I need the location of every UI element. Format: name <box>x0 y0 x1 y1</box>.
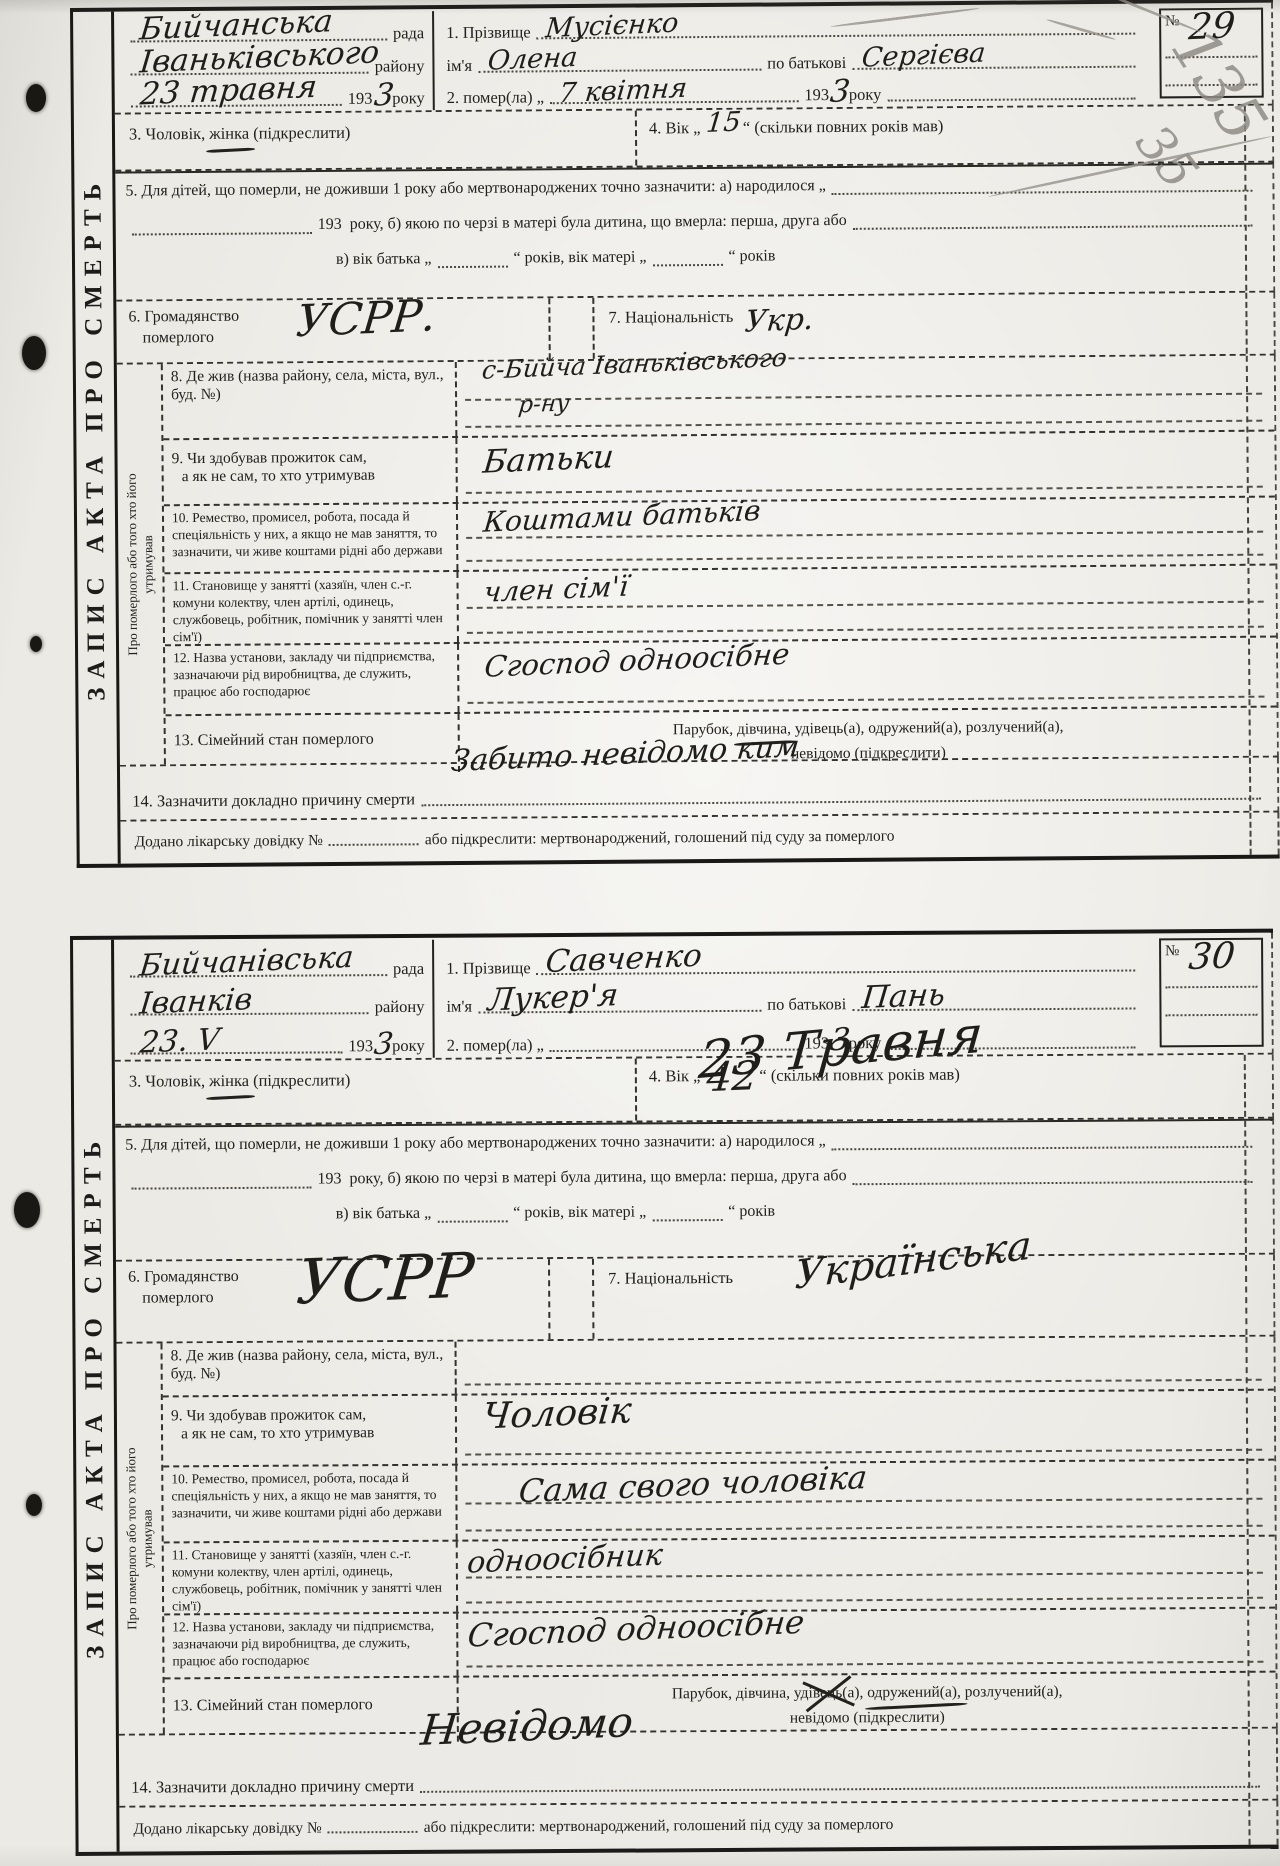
sex-label-post: (підкреслити) <box>253 123 350 145</box>
surname-handwriting: Савченко <box>545 943 704 977</box>
side-rotated-label: Про померлого або того хто йогоутримував <box>123 1348 157 1728</box>
footer-pre: Додано лікарську довідку № <box>134 832 322 851</box>
children-clause-row: 5. Для дітей, що померли, не доживши 1 р… <box>115 163 1275 302</box>
rayon-label: району <box>375 997 425 1019</box>
dotline <box>328 1829 418 1833</box>
dashline <box>465 393 1262 401</box>
marital-opt-unknown: невідомо (підкреслити) <box>790 1708 945 1726</box>
surname-line: Мусієнко <box>537 32 1136 40</box>
sex-label-pre: 3. Чоловік, <box>129 1071 205 1092</box>
residence-label: 8. Де жив (назва району, села, міста, ву… <box>163 362 458 438</box>
given-name-handwriting: Олена <box>486 46 578 74</box>
citizenship-nationality-row: 6. Громадянствопомерлого УСРР 7. Націона… <box>116 1255 1275 1344</box>
death-date-line: 23 Травня <box>550 1048 798 1053</box>
footer-pre: Додано лікарську довідку № <box>133 1819 321 1838</box>
rayon-label: району <box>375 56 425 78</box>
children-clause-c-post: “ років <box>728 1200 775 1226</box>
dotline <box>437 1219 507 1222</box>
citizenship-handwriting: УСРР. <box>295 296 438 342</box>
occupation-value: Коштами батьків <box>458 497 1275 569</box>
given-name-label: ім'я <box>446 997 472 1019</box>
citizenship-value: УСРР <box>288 1259 548 1341</box>
registry-office-block: Бийчанськарада Іваньківськогорайону 23 т… <box>114 11 435 112</box>
residence-handwriting-2: р-ну <box>517 393 570 416</box>
patronymic-line: Пань <box>852 1007 1135 1012</box>
nationality-handwriting: Укр. <box>744 306 815 336</box>
death-year-193: 193 <box>804 85 829 107</box>
cause-of-death-row: Забито невідомо ким14. Зазначити докладн… <box>120 757 1279 821</box>
cause-label: 14. Зазначити докладно причину смерти <box>131 1776 414 1800</box>
provider-label: 9. Чи здобував прожиток сам,а як не сам,… <box>163 1396 457 1466</box>
position-label: 11. Становище у занятті (хазяїн, член с.… <box>164 572 459 644</box>
sex-age-row: 3. Чоловік, жінка (підкреслити) 4. Вік „… <box>115 105 1274 171</box>
residence-value <box>456 1337 1273 1394</box>
dotline <box>1165 988 1257 1017</box>
hole-punch <box>26 1494 42 1516</box>
given-name-line: Лукер'я <box>478 1009 761 1014</box>
district-handwriting: Іванків <box>139 986 254 1018</box>
dotline <box>132 231 312 235</box>
header-row: Бийчанськарада Іваньківськогорайону 23 т… <box>114 3 1274 115</box>
occupation-label: 10. Ремество, промисел, робота, посада й… <box>164 504 459 572</box>
dotline <box>853 224 1253 230</box>
reg-date-line: 23. V <box>131 1050 343 1054</box>
age-label-pre: 4. Вік „ <box>649 1066 701 1088</box>
record-number-handwriting: 30 <box>1187 940 1236 974</box>
vertical-title-column: ЗАПИС АКТА ПРО СМЕРТЬ <box>73 940 120 1852</box>
dotline <box>420 1785 1260 1793</box>
form-vertical-title: ЗАПИС АКТА ПРО СМЕРТЬ <box>79 1133 110 1659</box>
side-rotated-label: Про померлого або того хто йогоутримував <box>123 374 158 754</box>
trailing-dotline <box>887 97 1135 102</box>
children-clause-c-mid: “ років, вік матері „ <box>513 1200 646 1227</box>
residence-row: 8. Де жив (назва району, села, міста, ву… <box>162 1337 1273 1398</box>
side-label-column: Про померлого або того хто йогоутримував <box>117 364 166 764</box>
sex-underlined-female: жінка <box>209 124 249 145</box>
institution-handwriting: Сгоспод одноосібне <box>483 641 790 680</box>
surname-line: Савченко <box>537 968 1136 975</box>
death-record-form-2: ЗАПИС АКТА ПРО СМЕРТЬ Бийчанівськарада І… <box>70 929 1279 1856</box>
reg-year-digit: 3 <box>373 82 396 111</box>
institution-row: 12. Назва установи, закладу чи підприємс… <box>165 637 1277 716</box>
dotline <box>653 263 723 267</box>
no-sign: № <box>1165 943 1179 961</box>
roku-label: року <box>392 1036 425 1058</box>
cause-label: 14. Зазначити докладно причину смерти <box>132 789 415 813</box>
surname-label: 1. Прізвище <box>446 958 531 981</box>
hole-punch <box>30 636 42 652</box>
provider-row: 9. Чи здобував прожиток сам,а як не сам,… <box>163 1391 1274 1468</box>
occupation-row: 10. Ремество, промисел, робота, посада й… <box>163 1461 1274 1544</box>
institution-value: Сгоспод одноосібне <box>459 637 1277 711</box>
given-name-handwriting: Лукер'я <box>486 983 619 1016</box>
patronymic-label: по батькові <box>767 53 846 76</box>
residence-value: с-Бийча Іваньківськогор-ну <box>457 355 1275 435</box>
death-date-handwriting: 7 квітня <box>558 76 688 106</box>
children-clause-c-pre: в) вік батька „ <box>336 247 432 274</box>
children-clause-a: 5. Для дітей, що померли, не доживши 1 р… <box>125 1129 826 1159</box>
children-clause-a: 5. Для дітей, що померли, не доживши 1 р… <box>125 174 826 206</box>
side-label-column: Про померлого або того хто йогоутримував <box>116 1343 164 1733</box>
marital-opt-widowed: удівець(а), <box>795 720 865 738</box>
children-clause-year: 193 <box>317 1167 341 1193</box>
institution-handwriting: Сгоспод одноосібне <box>466 1608 805 1651</box>
dotline <box>438 265 508 269</box>
institution-row: 12. Назва установи, закладу чи підприємс… <box>164 1609 1275 1680</box>
occupation-label: 10. Ремество, промисел, робота, посада й… <box>163 1466 457 1542</box>
sex-underlined-female: жінка <box>209 1071 249 1092</box>
position-value: член сім'ї <box>458 565 1276 641</box>
column-gap <box>548 298 594 359</box>
nationality-field: 7. НаціональністьУкраїнська <box>594 1255 1273 1339</box>
council-handwriting: Бийчанівська <box>138 944 355 980</box>
year-193-label: 193 <box>348 89 373 111</box>
position-value: одноосібник <box>458 1537 1275 1612</box>
registration-date-handwriting: 23 травня <box>139 74 318 109</box>
column-gap <box>548 1259 594 1339</box>
occupation-row: 10. Ремество, промисел, робота, посада й… <box>164 497 1275 574</box>
footer-post: або підкреслити: мертвонароджений, голош… <box>425 828 895 850</box>
surname-handwriting: Мусієнко <box>545 12 680 42</box>
position-handwriting: одноосібник <box>466 1542 664 1577</box>
council-line: Бийчанівська <box>130 973 387 978</box>
deceased-details-block: Про померлого або того хто йогоутримував… <box>117 355 1279 766</box>
medical-certificate-note: Додано лікарську довідку №або підкреслит… <box>119 1801 1276 1852</box>
provider-value: Батьки <box>457 431 1274 501</box>
death-record-form-1: ЗАПИС АКТА ПРО СМЕРТЬ Бийчанськарада Іва… <box>70 0 1280 868</box>
position-row: 11. Становище у занятті (хазяїн, член с.… <box>164 1537 1275 1616</box>
children-clause-row: 5. Для дітей, що померли, не доживши 1 р… <box>115 1119 1275 1262</box>
nationality-label: 7. Національність <box>608 307 733 330</box>
cause-of-death-row: Невідомо14. Зазначити докладно причину с… <box>119 1729 1278 1808</box>
marital-opt-maiden: дівчина, <box>736 1685 790 1702</box>
institution-label: 12. Назва установи, закладу чи підприємс… <box>164 1614 458 1678</box>
district-line: Іванків <box>130 1012 368 1016</box>
provider-label: 9. Чи здобував прожиток сам,а як не сам,… <box>163 438 457 504</box>
patronymic-label: по батькові <box>767 995 846 1017</box>
roku-label: року <box>392 88 425 110</box>
age-label-pre: 4. Вік „ <box>649 118 701 140</box>
hole-punch <box>14 1192 40 1228</box>
footer-post: або підкреслити: мертвонароджений, голош… <box>424 1816 894 1837</box>
cause-field: Невідомо14. Зазначити докладно причину с… <box>119 1729 1276 1806</box>
patronymic-line: Сергієва <box>852 64 1135 69</box>
children-clause-c-mid: “ років, вік матері „ <box>513 246 646 273</box>
children-clause-b: року, б) якою по черзі в матері була дит… <box>350 209 847 239</box>
nationality-label: 7. Національність <box>608 1268 733 1291</box>
provider-handwriting: Батьки <box>482 442 615 476</box>
dotline <box>832 1145 1253 1151</box>
sex-field: 3. Чоловік, жінка (підкреслити) <box>115 1059 635 1124</box>
position-label: 11. Становище у занятті (хазяїн, член с.… <box>164 1542 458 1614</box>
dotline <box>132 1186 312 1190</box>
medical-certificate-note: Додано лікарську довідку №або підкреслит… <box>120 813 1277 864</box>
occupation-handwriting: Коштами батьків <box>482 498 762 535</box>
children-clause-c-post: “ років <box>728 245 775 271</box>
surname-label: 1. Прізвище <box>446 23 531 46</box>
sex-label-pre: 3. Чоловік, <box>129 124 205 146</box>
children-clause-b: року, б) якою по черзі в матері була дит… <box>349 1164 846 1193</box>
given-name-label: ім'я <box>446 55 472 77</box>
identity-block: 1. ПрізвищеМусієнко ім'яОленапо батькові… <box>434 5 1272 111</box>
citizenship-handwriting: УСРР <box>294 1247 476 1310</box>
deceased-details-block: Про померлого або того хто йогоутримував… <box>116 1337 1277 1736</box>
reg-date-line: 23 травня <box>131 103 342 108</box>
occupation-value: Сама свого чоловіка <box>457 1461 1274 1540</box>
age-handwriting: 15 <box>705 110 742 136</box>
death-date-line: 7 квітня <box>550 99 798 104</box>
record-number-box: № 30 <box>1159 938 1264 1048</box>
rada-label: рада <box>393 24 424 46</box>
institution-value: Сгоспод одноосібне <box>458 1609 1275 1676</box>
death-date-label: 2. помер(ла) „ <box>447 87 544 110</box>
footer-row: Додано лікарську довідку №або підкреслит… <box>119 1801 1278 1852</box>
registration-date-handwriting: 23. V <box>139 1026 221 1056</box>
citizenship-label: 6. Громадянствопомерлого <box>116 300 288 362</box>
marital-opt-divorced: розлучений(а), <box>965 1683 1063 1701</box>
dotline <box>832 189 1253 195</box>
footer-row: Додано лікарську довідку №або підкреслит… <box>120 813 1279 864</box>
sex-field: 3. Чоловік, жінка (підкреслити) <box>115 111 635 170</box>
dotline <box>329 842 419 846</box>
death-date-handwriting: 23 Травня <box>700 1012 985 1053</box>
dotline <box>421 797 1261 807</box>
death-date-label: 2. помер(ла) „ <box>447 1035 544 1058</box>
header-row: Бийчанівськарада Іванківрайону 23. V1933… <box>114 933 1274 1062</box>
age-label-post: “ (скільки повних років мав) <box>743 116 944 140</box>
provider-handwriting: Чоловік <box>481 1395 633 1433</box>
registry-office-block: Бийчанівськарада Іванківрайону 23. V1933… <box>114 940 435 1060</box>
hole-punch <box>22 336 46 370</box>
reg-year-digit: 3 <box>373 1030 395 1058</box>
citizenship-label: 6. Громадянствопомерлого <box>116 1261 288 1342</box>
institution-label: 12. Назва установи, закладу чи підприємс… <box>165 644 460 714</box>
residence-label: 8. Де жив (назва району, села, міста, ву… <box>162 1342 456 1396</box>
cause-field: Забито невідомо ким14. Зазначити докладн… <box>120 757 1277 819</box>
death-roku-label: року <box>849 85 882 107</box>
dotline <box>853 1180 1253 1185</box>
form-vertical-title: ЗАПИС АКТА ПРО СМЕРТЬ <box>79 175 111 701</box>
hole-punch <box>26 84 46 112</box>
position-row: 11. Становище у занятті (хазяїн, член с.… <box>164 565 1276 646</box>
year-193-label: 193 <box>348 1036 373 1058</box>
vertical-title-column: ЗАПИС АКТА ПРО СМЕРТЬ <box>73 12 121 864</box>
sex-age-row: 3. Чоловік, жінка (підкреслити) 4. Вік „… <box>115 1055 1274 1126</box>
marital-opt-divorced: розлучений(а), <box>966 718 1064 736</box>
cause-handwriting: Невідомо <box>419 1703 635 1749</box>
position-handwriting: член сім'ї <box>483 574 630 605</box>
citizenship-value: УСРР. <box>288 298 548 361</box>
provider-value: Чоловік <box>457 1391 1274 1464</box>
rada-label: рада <box>393 959 424 981</box>
residence-row: 8. Де жив (назва району, села, міста, ву… <box>163 355 1275 440</box>
marital-opt-widowed-scribbled: удівець(а), <box>794 1684 864 1701</box>
patronymic-handwriting: Сергієва <box>860 42 986 72</box>
death-year-digit: 3 <box>829 78 852 107</box>
given-name-line: Олена <box>478 67 761 72</box>
children-clause-year: 193 <box>318 213 342 239</box>
scanned-death-record-page: ЗАПИС АКТА ПРО СМЕРТЬ Бийчанськарада Іва… <box>0 0 1280 1866</box>
identity-block: 1. ПрізвищеСавченко ім'яЛукер'япо батько… <box>434 935 1272 1058</box>
marital-opt-married-underlined: одружений(а), <box>867 1684 961 1702</box>
children-clause-c-pre: в) вік батька „ <box>336 1202 432 1229</box>
marital-opt-bachelor: Парубок, <box>672 1685 732 1702</box>
dotline <box>652 1218 722 1221</box>
sex-label-post: (підкреслити) <box>253 1070 350 1092</box>
marital-opt-married: одружений(а), <box>868 719 962 737</box>
